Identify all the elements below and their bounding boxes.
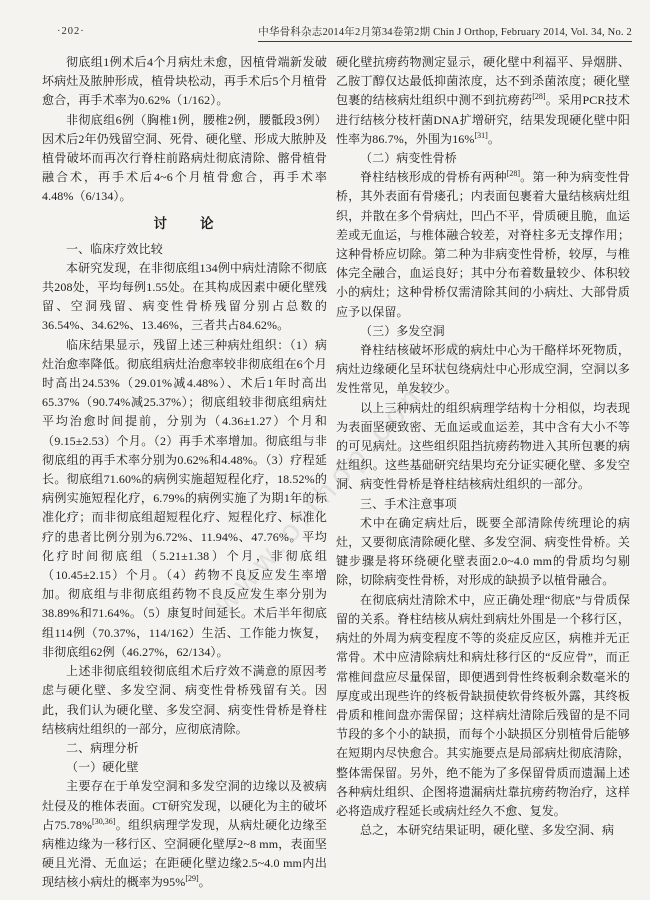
- paragraph-reoperation-nonthorough-group: 非彻底组6例（胸椎1例，腰椎2例，腰骶段3例）因术后2年仍残留空洞、死骨、硬化壁…: [42, 111, 327, 207]
- paragraph-study-findings: 本研究发现，在非彻底组134例中病灶清除不彻底共208处，平均每例1.55处。在…: [42, 259, 327, 336]
- document-body: { "page": { "page_number": "·202·", "jou…: [0, 0, 650, 900]
- paragraph-thoroughness-vs-bone-preservation: 在彻底病灶清除术中，应正确处理“彻底”与骨质保留的关系。脊柱结核从病灶到病灶外围…: [336, 591, 630, 821]
- journal-citation: 中华骨科杂志2014年2月第34卷第2期 Chin J Orthop, Febr…: [258, 24, 632, 42]
- paragraph-bone-bridge-types: 脊柱结核形成的骨桥有两种[28]。第一种为病变性骨桥，其外表面有骨瘘孔；内表面包…: [336, 168, 630, 322]
- paragraph-histopathology-similarity: 以上三种病灶的组织病理学结构十分相似，均表现为表面坚硬致密、无血运或血运差，其中…: [336, 399, 630, 495]
- right-column: 硬化壁抗痨药物测定显示，硬化壁中利福平、异烟肼、乙胺丁醇仅达最低抑菌浓度，达不到…: [336, 53, 630, 840]
- subheading-multiple-cavities: （三）多发空洞: [336, 322, 630, 341]
- subheading-surgical-notes: 三、手术注意事项: [336, 495, 630, 514]
- subheading-pathological-analysis: 二、病理分析: [42, 739, 327, 758]
- paragraph-cavity-formation: 脊柱结核破坏形成的病灶中心为干酪样坏死物质，病灶边缘硬化呈环状包绕病灶中心形成空…: [336, 341, 630, 399]
- paragraph-sclerotic-wall-description: 主要存在于单发空洞和多发空洞的边缘以及被病灶侵及的椎体表面。CT研究发现，以硬化…: [42, 777, 327, 892]
- paragraph-surgical-key-steps: 术中在确定病灶后，既要全部清除传统理论的病灶，又要彻底清除硬化壁、多发空洞、病变…: [336, 514, 630, 591]
- left-column: 彻底组1例术后4个月病灶未愈，因植骨端新发破坏病灶及脓肿形成，植骨块松动，再手术…: [42, 53, 327, 893]
- paragraph-unsatisfactory-causes: 上述非彻底组较彻底组术后疗效不满意的原因考虑与硬化壁、多发空洞、病变性骨桥残留有…: [42, 662, 327, 739]
- paragraph-sclerotic-wall-drug-assay: 硬化壁抗痨药物测定显示，硬化壁中利福平、异烟肼、乙胺丁醇仅达最低抑菌浓度，达不到…: [336, 53, 630, 149]
- paragraph-clinical-results: 临床结果显示，残留上述三种病灶组织：（1）病灶治愈率降低。彻底组病灶治愈率较非彻…: [42, 336, 327, 662]
- page-header: ·202· 中华骨科杂志2014年2月第34卷第2期 Chin J Orthop…: [42, 24, 632, 42]
- journal-page: ·202· 中华骨科杂志2014年2月第34卷第2期 Chin J Orthop…: [0, 0, 650, 900]
- subheading-sclerotic-wall: （一）硬化壁: [42, 758, 327, 777]
- subheading-clinical-efficacy-comparison: 一、临床疗效比较: [42, 240, 327, 259]
- page-number: ·202·: [57, 26, 85, 37]
- paragraph-conclusion-start: 总之，本研究结果证明，硬化壁、多发空洞、病: [336, 821, 630, 840]
- section-heading-discussion: 讨 论: [42, 214, 327, 233]
- paragraph-reoperation-thorough-group: 彻底组1例术后4个月病灶未愈，因植骨端新发破坏病灶及脓肿形成，植骨块松动，再手术…: [42, 53, 327, 111]
- subheading-pathological-bone-bridge: （二）病变性骨桥: [336, 149, 630, 168]
